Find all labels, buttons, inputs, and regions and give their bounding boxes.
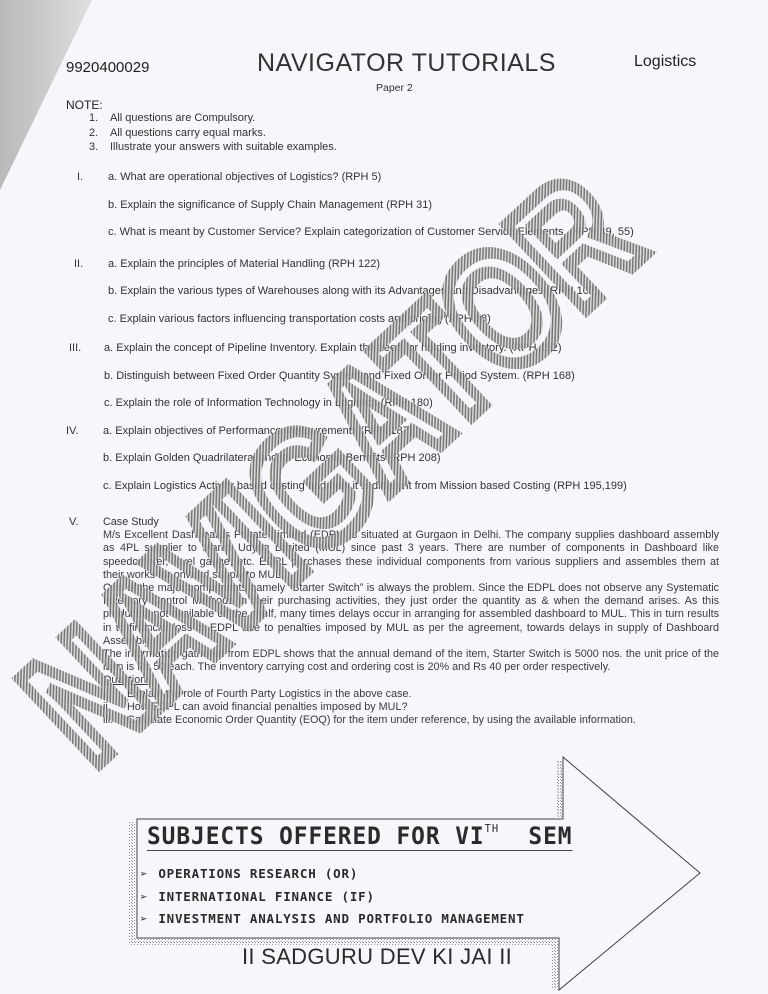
subject-item-text: OPERATIONS RESEARCH (OR) xyxy=(158,866,358,881)
subject-item: ➢OPERATIONS RESEARCH (OR) xyxy=(140,866,358,881)
subject-item: ➢INVESTMENT ANALYSIS AND PORTFOLIO MANAG… xyxy=(140,911,525,926)
motto: II SADGURU DEV KI JAI II xyxy=(242,944,512,970)
subjects-title-text: SUBJECTS OFFERED FOR VI xyxy=(147,822,485,850)
subjects-title-end: SEM xyxy=(528,822,572,850)
subjects-title-sup: TH xyxy=(485,822,499,835)
subject-item-text: INTERNATIONAL FINANCE (IF) xyxy=(158,889,374,904)
subject-item-text: INVESTMENT ANALYSIS AND PORTFOLIO MANAGE… xyxy=(158,911,524,926)
arrow-bullet-icon: ➢ xyxy=(140,911,148,926)
subject-item: ➢INTERNATIONAL FINANCE (IF) xyxy=(140,889,375,904)
arrow-bullet-icon: ➢ xyxy=(140,889,148,904)
subjects-title: SUBJECTS OFFERED FOR VITH SEM xyxy=(147,822,572,851)
arrow-bullet-icon: ➢ xyxy=(140,866,148,881)
